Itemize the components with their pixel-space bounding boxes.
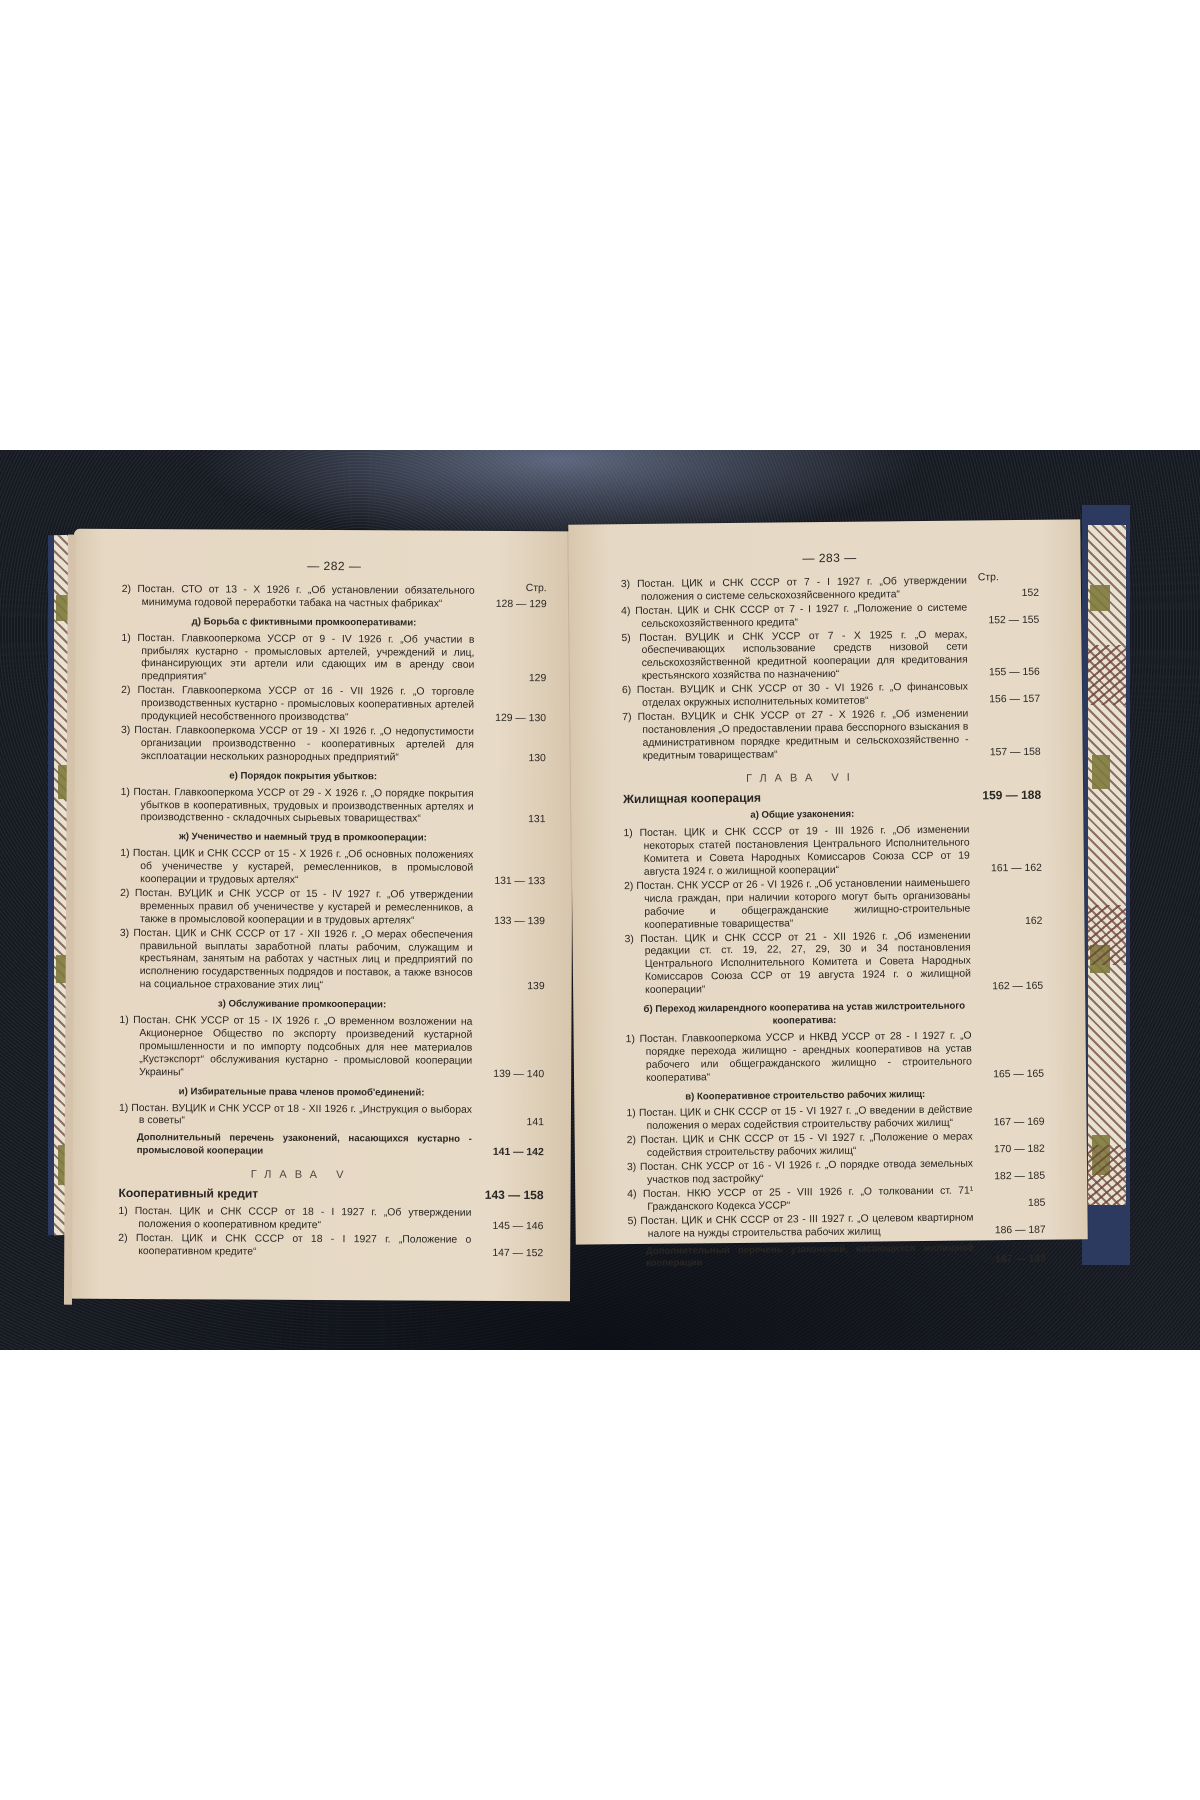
- toc-entry: 3) Постан. ЦИК и СНК СССР от 21 - XII 19…: [625, 929, 1044, 998]
- column-label-pages: Стр.: [526, 583, 547, 596]
- entry-page-range: 131 — 133: [473, 876, 545, 889]
- entry-title: 2) Постан. СТО от 13 - X 1926 г. „Об уст…: [122, 584, 475, 612]
- entry-page-range: 128 — 129: [475, 599, 547, 612]
- entry-page-range: 157 — 158: [969, 746, 1041, 760]
- entry-title: 1) Постан. ВУЦИК и СНК УССР от 18 - XII …: [119, 1102, 472, 1130]
- right-page-column: — 283 — Стр. 3) Постан. ЦИК и СНК СССР о…: [621, 550, 1047, 1274]
- toc-entry: 3) Постан. СНК УССР от 16 - VI 1926 г. „…: [627, 1158, 1045, 1188]
- toc-entry: 3) Постан. Главкооперкома УССР от 19 - X…: [121, 725, 546, 766]
- entry-page-range: 145 — 146: [471, 1221, 543, 1234]
- entry-page-range: 182 — 185: [973, 1171, 1045, 1185]
- entry-title: 1) Постан. Главкооперкома УССР от 9 - IV…: [121, 633, 474, 686]
- entry-title: 7) Постан. ВУЦИК и СНК УССР от 27 - X 19…: [622, 708, 969, 763]
- entry-page-range: 139 — 140: [472, 1069, 544, 1082]
- entry-page-range: 167 — 169: [972, 1117, 1044, 1131]
- toc-entry: 2) Постан. Главкооперкома УССР от 16 - V…: [121, 685, 546, 726]
- entry-page-range: 147 — 152: [471, 1247, 543, 1260]
- entry-page-range: 162: [970, 915, 1042, 929]
- toc-entry: 2) Постан. ЦИК и СНК СССР от 15 - VI 192…: [627, 1131, 1045, 1161]
- entry-page-range: 161 — 162: [970, 863, 1042, 877]
- toc-entry: 4) Постан. НКЮ УССР от 25 - VIII 1926 г.…: [627, 1185, 1045, 1215]
- toc-entry: 2) Постан. ВУЦИК и СНК УССР от 15 - IV 1…: [120, 888, 545, 929]
- entry-page-range: 155 — 156: [968, 667, 1040, 681]
- entry-title: 2) Постан. ЦИК и СНК СССР от 15 - VI 192…: [627, 1132, 973, 1161]
- toc-entry: 2) Постан. СНК УССР от 26 - VI 1926 г. „…: [624, 877, 1043, 933]
- toc-entry: 7) Постан. ВУЦИК и СНК УССР от 27 - X 19…: [622, 708, 1041, 764]
- entry-page-range: 186 — 187: [974, 1224, 1046, 1238]
- entry-title: 1) Постан. ЦИК и СНК СССР от 18 - I 1927…: [118, 1206, 471, 1234]
- entry-page-range: 187 — 188: [974, 1254, 1046, 1268]
- entry-title: 3) Постан. СНК УССР от 16 - VI 1926 г. „…: [627, 1159, 973, 1188]
- entry-title: 1) Постан. ЦИК и СНК СССР от 19 - III 19…: [623, 825, 970, 880]
- entry-title: 6) Постан. ВУЦИК и СНК УССР от 30 - VI 1…: [622, 682, 968, 711]
- section-heading: д) Борьба с фиктивными промкооперативами…: [121, 616, 546, 631]
- chapter-page-range: 143 — 158: [464, 1189, 544, 1202]
- section-heading: в) Кооперативное строительство рабочих ж…: [626, 1087, 1044, 1104]
- entry-page-range: 133 — 139: [473, 916, 545, 929]
- toc-entry: 1) Постан. ВУЦИК и СНК УССР от 18 - XII …: [119, 1102, 544, 1130]
- entry-page-range: 152: [967, 588, 1039, 602]
- entry-page-range: 165 — 165: [972, 1068, 1044, 1082]
- entry-title: 2) Постан. СНК УССР от 26 - VI 1926 г. „…: [624, 877, 971, 932]
- book-cover-right-edge: [1082, 505, 1130, 1265]
- entry-page-range: 130: [474, 753, 546, 766]
- chapter-title: Жилищная кооперация159 — 188: [623, 788, 1041, 805]
- toc-entry: 1) Постан. СНК УССР от 15 - IX 1926 г. „…: [119, 1015, 544, 1082]
- chapter-title-text: Жилищная кооперация: [623, 789, 961, 805]
- toc-entry: 1) Постан. ЦИК и СНК СССР от 18 - I 1927…: [118, 1206, 543, 1234]
- entry-title: 1) Постан. ЦИК и СНК СССР от 15 - X 1926…: [120, 848, 473, 889]
- entry-page-range: 185: [973, 1198, 1045, 1212]
- toc-entry: 1) Постан. Главкооперкома УССР от 9 - IV…: [121, 633, 546, 687]
- toc-entry: 4) Постан. ЦИК и СНК СССР от 7 - I 1927 …: [621, 601, 1039, 631]
- section-heading: ж) Ученичество и наемный труд в промкооп…: [120, 831, 545, 846]
- entry-page-range: 170 — 182: [973, 1144, 1045, 1158]
- toc-entry: 1) Постан. Главкооперкома УССР от 29 - X…: [120, 787, 545, 828]
- entry-title: 1) Постан. ЦИК и СНК СССР от 15 - VI 192…: [626, 1105, 972, 1134]
- entry-page-range: 129 — 130: [474, 713, 546, 726]
- entry-page-range: 162 — 165: [971, 981, 1043, 995]
- page-number: — 283 —: [621, 550, 1039, 567]
- entry-title: 1) Постан. СНК УССР от 15 - IX 1926 г. „…: [119, 1015, 472, 1081]
- entry-page-range: 131: [473, 814, 545, 827]
- entry-title: 4) Постан. ЦИК и СНК СССР от 7 - I 1927 …: [621, 602, 967, 631]
- entry-page-range: 141 — 142: [472, 1147, 544, 1160]
- left-page: — 282 — Стр. 2) Постан. СТО от 13 - X 19…: [70, 529, 574, 1302]
- toc-entry: 1) Постан. ЦИК и СНК СССР от 15 - VI 192…: [626, 1104, 1044, 1134]
- left-page-column: — 282 — Стр. 2) Постан. СТО от 13 - X 19…: [118, 559, 547, 1262]
- toc-list: 3) Постан. ЦИК и СНК СССР от 7 - I 1927 …: [621, 575, 1046, 1272]
- toc-list: 2) Постан. СТО от 13 - X 1926 г. „Об уст…: [118, 584, 547, 1261]
- toc-entry: 3) Постан. ЦИК и СНК СССР от 17 - XII 19…: [120, 928, 545, 995]
- entry-title: 4) Постан. НКЮ УССР от 25 - VIII 1926 г.…: [627, 1185, 973, 1214]
- entry-title: 5) Постан. ВУЦИК и СНК УССР от 7 - X 192…: [621, 629, 968, 684]
- entry-title: Дополнительный перечень узаконений, каса…: [628, 1242, 974, 1271]
- entry-page-range: 141: [472, 1117, 544, 1130]
- section-heading: б) Переход жиларендного кооператива на у…: [625, 1000, 1043, 1030]
- chapter-title: Кооперативный кредит143 — 158: [119, 1187, 544, 1202]
- chapter-number: ГЛАВА V: [119, 1168, 544, 1183]
- section-heading: а) Общие узаконения:: [623, 807, 1041, 824]
- right-page: — 283 — Стр. 3) Постан. ЦИК и СНК СССР о…: [568, 519, 1088, 1244]
- toc-entry: 1) Постан. ЦИК и СНК СССР от 15 - X 1926…: [120, 848, 545, 889]
- entry-title: 3) Постан. Главкооперкома УССР от 19 - X…: [121, 725, 474, 766]
- entry-title: 3) Постан. ЦИК и СНК СССР от 17 - XII 19…: [120, 928, 473, 994]
- entry-title: 5) Постан. ЦИК и СНК СССР от 23 - III 19…: [627, 1212, 973, 1241]
- toc-entry: 6) Постан. ВУЦИК и СНК УССР от 30 - VI 1…: [622, 681, 1040, 711]
- toc-entry: 5) Постан. ВУЦИК и СНК УССР от 7 - X 192…: [621, 628, 1040, 684]
- entry-title: 3) Постан. ЦИК и СНК СССР от 21 - XII 19…: [625, 930, 972, 998]
- toc-entry: 1) Постан. ЦИК и СНК СССР от 19 - III 19…: [623, 824, 1042, 880]
- entry-page-range: 156 — 157: [968, 694, 1040, 708]
- book-photo: — 282 — Стр. 2) Постан. СТО от 13 - X 19…: [0, 450, 1200, 1350]
- section-heading: и) Избирательные права членов промоб'еди…: [119, 1086, 544, 1101]
- toc-entry: 1) Постан. Главкооперкома УССР и НКВД УС…: [626, 1030, 1045, 1086]
- column-label-pages: Стр.: [978, 572, 999, 585]
- entry-page-range: 139: [473, 981, 545, 994]
- toc-entry: 2) Постан. СТО от 13 - X 1926 г. „Об уст…: [122, 584, 547, 612]
- entry-title: 2) Постан. Главкооперкома УССР от 16 - V…: [121, 685, 474, 726]
- section-heading: з) Обслуживание промкооперации:: [119, 998, 544, 1013]
- entry-title: 1) Постан. Главкооперкома УССР и НКВД УС…: [626, 1030, 973, 1085]
- entry-title: 2) Постан. ЦИК и СНК СССР от 18 - I 1927…: [118, 1233, 471, 1261]
- entry-title: 3) Постан. ЦИК и СНК СССР от 7 - I 1927 …: [621, 575, 967, 604]
- toc-entry: 5) Постан. ЦИК и СНК СССР от 23 - III 19…: [627, 1211, 1045, 1241]
- toc-additional-list: Дополнительный перечень узаконений, каса…: [628, 1241, 1046, 1271]
- section-heading: е) Порядок покрытия убытков:: [121, 770, 546, 785]
- toc-additional-list: Дополнительный перечень узаконений, наса…: [119, 1132, 544, 1160]
- entry-title: 1) Постан. Главкооперкома УССР от 29 - X…: [120, 787, 473, 828]
- chapter-title-text: Кооперативный кредит: [119, 1187, 464, 1202]
- chapter-page-range: 159 — 188: [961, 788, 1041, 802]
- toc-entry: 2) Постан. ЦИК и СНК СССР от 18 - I 1927…: [118, 1233, 543, 1261]
- toc-entry: 3) Постан. ЦИК и СНК СССР от 7 - I 1927 …: [621, 575, 1039, 605]
- entry-title: 2) Постан. ВУЦИК и СНК УССР от 15 - IV 1…: [120, 888, 473, 929]
- chapter-number: ГЛАВА VI: [623, 769, 1041, 786]
- entry-title: Дополнительный перечень узаконений, наса…: [119, 1132, 472, 1160]
- entry-page-range: 152 — 155: [967, 614, 1039, 628]
- entry-page-range: 129: [474, 673, 546, 686]
- page-number: — 282 —: [122, 559, 547, 574]
